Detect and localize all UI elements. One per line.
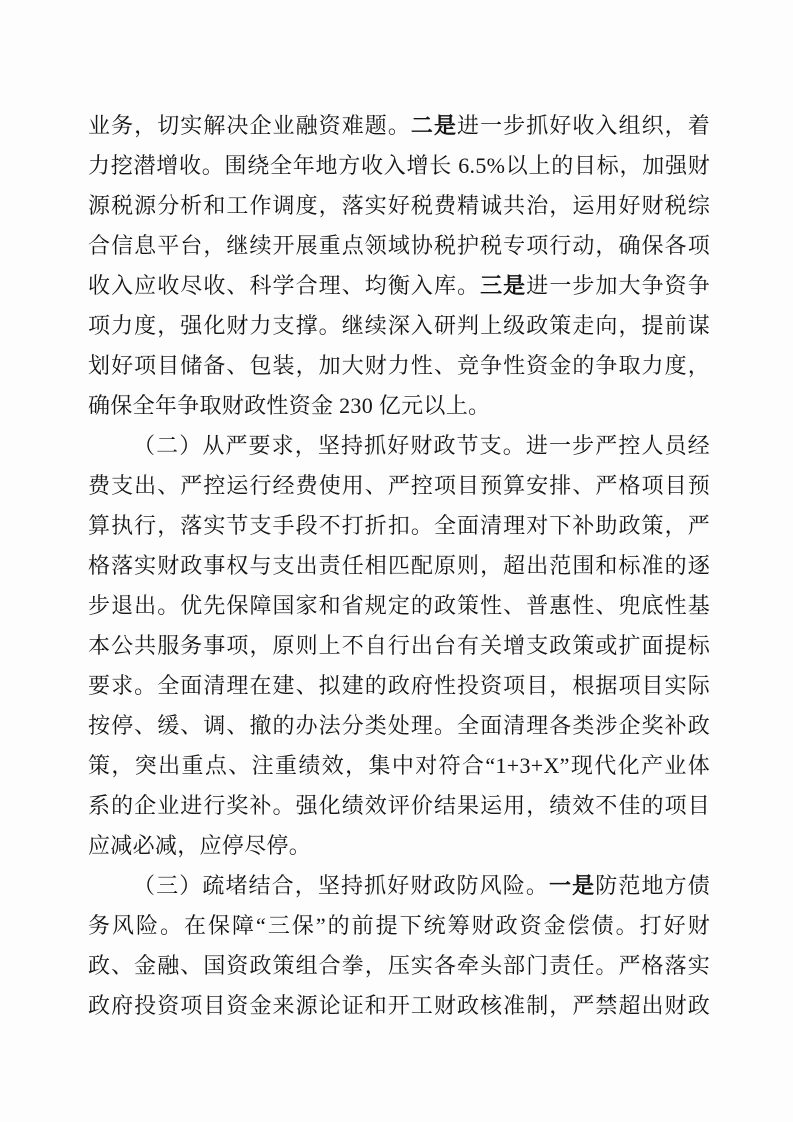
document-line: 步退出。优先保障国家和省规定的政策性、普惠性、兜底性基 bbox=[88, 586, 710, 626]
document-body: 业务，切实解决企业融资难题。二是进一步抓好收入组织，着力挖潜增收。围绕全年地方收… bbox=[88, 106, 710, 1026]
body-text: 确保全年争取财政性资金 230 亿元以上。 bbox=[88, 393, 490, 418]
bold-emphasis-text: 二是 bbox=[411, 113, 457, 138]
body-text: 防范地方债 bbox=[595, 873, 710, 898]
document-line: 业务，切实解决企业融资难题。二是进一步抓好收入组织，着 bbox=[88, 106, 710, 146]
document-line: 系的企业进行奖补。强化绩效评价结果运用，绩效不佳的项目 bbox=[88, 786, 710, 826]
body-text: 应减必减，应停尽停。 bbox=[88, 833, 311, 858]
body-text: 系的企业进行奖补。强化绩效评价结果运用，绩效不佳的项目 bbox=[88, 793, 710, 818]
body-text: 业务，切实解决企业融资难题。 bbox=[88, 113, 411, 138]
body-text: 进一步抓好收入组织，着 bbox=[457, 113, 710, 138]
document-line: 项力度，强化财力支撑。继续深入研判上级政策走向，提前谋 bbox=[88, 306, 710, 346]
body-text: 要求。全面清理在建、拟建的政府性投资项目，根据项目实际 bbox=[88, 673, 710, 698]
document-line: 力挖潜增收。围绕全年地方收入增长 6.5%以上的目标，加强财 bbox=[88, 146, 710, 186]
document-line: 合信息平台，继续开展重点领域协税护税专项行动，确保各项 bbox=[88, 226, 710, 266]
document-page: 业务，切实解决企业融资难题。二是进一步抓好收入组织，着力挖潜增收。围绕全年地方收… bbox=[0, 0, 793, 1122]
body-text: 源税源分析和工作调度，落实好税费精诚共治，运用好财税综 bbox=[88, 193, 710, 218]
document-line: 格落实财政事权与支出责任相匹配原则，超出范围和标准的逐 bbox=[88, 546, 710, 586]
body-text: 力挖潜增收。围绕全年地方收入增长 6.5%以上的目标，加强财 bbox=[88, 153, 710, 178]
body-text: （三）疏堵结合，坚持抓好财政防风险。 bbox=[133, 873, 549, 898]
body-text: 进一步加大争资争 bbox=[526, 273, 710, 298]
bold-emphasis-text: 三是 bbox=[480, 273, 526, 298]
document-line: （三）疏堵结合，坚持抓好财政防风险。一是防范地方债 bbox=[88, 866, 710, 906]
body-text: 策，突出重点、注重绩效，集中对符合“1+3+X”现代化产业体 bbox=[88, 753, 710, 778]
document-line: 按停、缓、调、撤的办法分类处理。全面清理各类涉企奖补政 bbox=[88, 706, 710, 746]
body-text: 算执行，落实节支手段不打折扣。全面清理对下补助政策，严 bbox=[88, 513, 710, 538]
body-text: 按停、缓、调、撤的办法分类处理。全面清理各类涉企奖补政 bbox=[88, 713, 710, 738]
document-line: 要求。全面清理在建、拟建的政府性投资项目，根据项目实际 bbox=[88, 666, 710, 706]
body-text: 步退出。优先保障国家和省规定的政策性、普惠性、兜底性基 bbox=[88, 593, 710, 618]
body-text: 政、金融、国资政策组合拳，压实各牵头部门责任。严格落实 bbox=[88, 953, 710, 978]
body-text: 务风险。在保障“三保”的前提下统筹财政资金偿债。打好财 bbox=[88, 913, 710, 938]
document-line: 政府投资项目资金来源论证和开工财政核准制，严禁超出财政 bbox=[88, 986, 710, 1026]
document-line: 源税源分析和工作调度，落实好税费精诚共治，运用好财税综 bbox=[88, 186, 710, 226]
bold-emphasis-text: 一是 bbox=[549, 873, 595, 898]
body-text: 政府投资项目资金来源论证和开工财政核准制，严禁超出财政 bbox=[88, 993, 710, 1018]
document-line: 应减必减，应停尽停。 bbox=[88, 826, 710, 866]
document-line: 政、金融、国资政策组合拳，压实各牵头部门责任。严格落实 bbox=[88, 946, 710, 986]
body-text: 合信息平台，继续开展重点领域协税护税专项行动，确保各项 bbox=[88, 233, 710, 258]
body-text: （二）从严要求，坚持抓好财政节支。进一步严控人员经 bbox=[133, 433, 710, 458]
body-text: 收入应收尽收、科学合理、均衡入库。 bbox=[88, 273, 480, 298]
document-line: 划好项目储备、包装，加大财力性、竞争性资金的争取力度， bbox=[88, 346, 710, 386]
body-text: 本公共服务事项，原则上不自行出台有关增支政策或扩面提标 bbox=[88, 633, 710, 658]
document-line: 收入应收尽收、科学合理、均衡入库。三是进一步加大争资争 bbox=[88, 266, 710, 306]
document-line: 务风险。在保障“三保”的前提下统筹财政资金偿债。打好财 bbox=[88, 906, 710, 946]
body-text: 费支出、严控运行经费使用、严控项目预算安排、严格项目预 bbox=[88, 473, 710, 498]
document-line: 策，突出重点、注重绩效，集中对符合“1+3+X”现代化产业体 bbox=[88, 746, 710, 786]
document-line: 本公共服务事项，原则上不自行出台有关增支政策或扩面提标 bbox=[88, 626, 710, 666]
document-line: 算执行，落实节支手段不打折扣。全面清理对下补助政策，严 bbox=[88, 506, 710, 546]
body-text: 划好项目储备、包装，加大财力性、竞争性资金的争取力度， bbox=[88, 353, 710, 378]
document-line: （二）从严要求，坚持抓好财政节支。进一步严控人员经 bbox=[88, 426, 710, 466]
document-line: 费支出、严控运行经费使用、严控项目预算安排、严格项目预 bbox=[88, 466, 710, 506]
body-text: 格落实财政事权与支出责任相匹配原则，超出范围和标准的逐 bbox=[88, 553, 710, 578]
document-line: 确保全年争取财政性资金 230 亿元以上。 bbox=[88, 386, 710, 426]
body-text: 项力度，强化财力支撑。继续深入研判上级政策走向，提前谋 bbox=[88, 313, 710, 338]
